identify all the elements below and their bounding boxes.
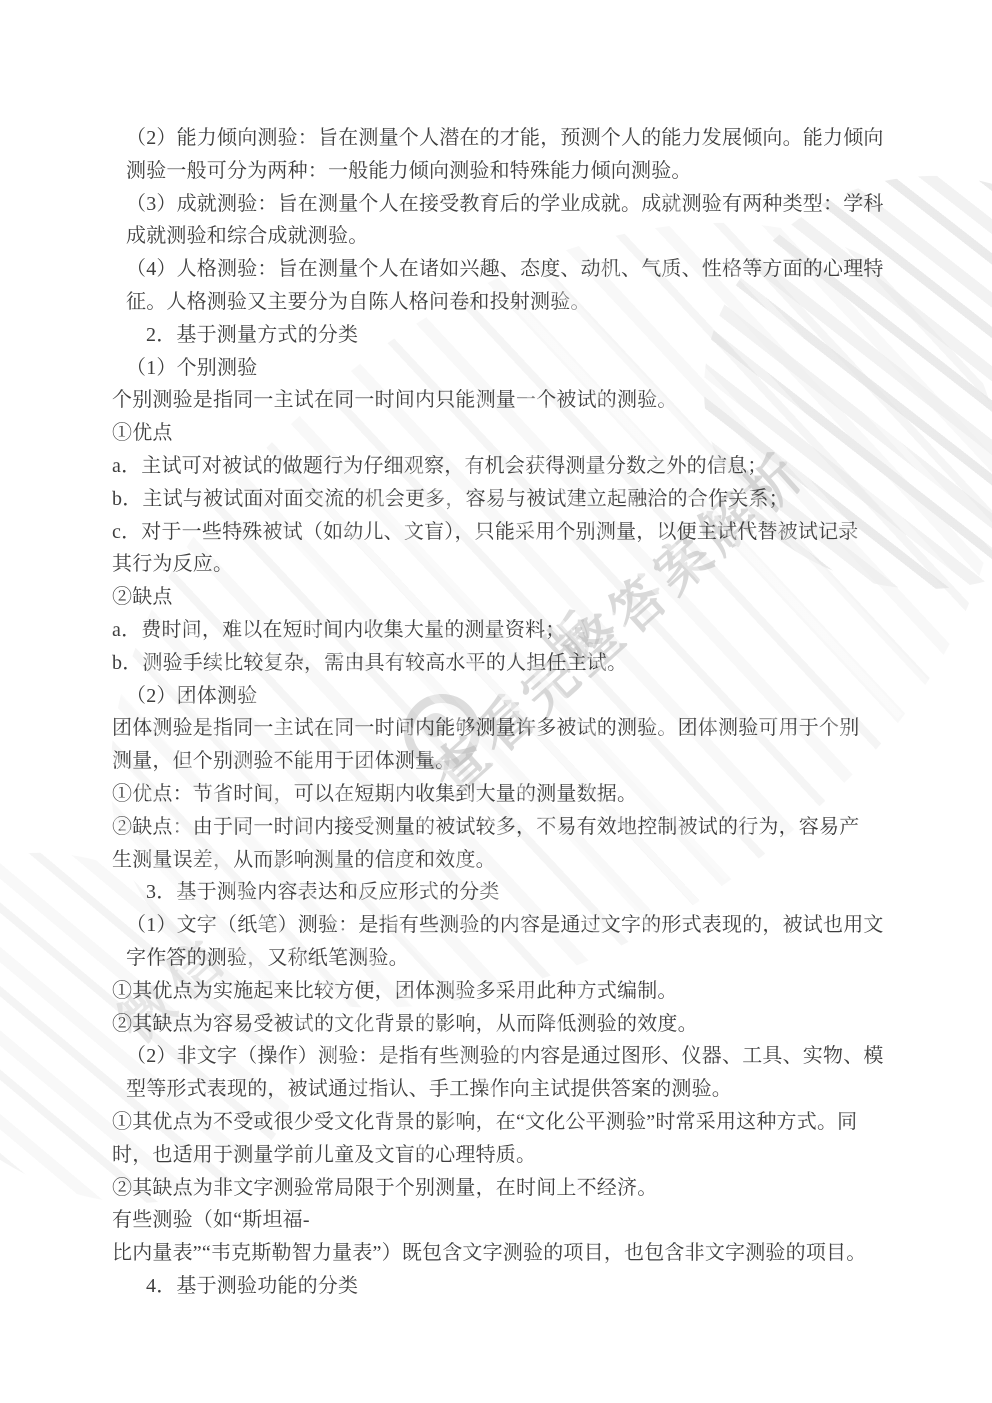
document-line: 测量，但个别测验不能用于团体测量。 [112,745,902,778]
document-line: 2．基于测量方式的分类 [146,319,902,352]
document-line: 型等形式表现的，被试通过指认、手工操作向主试提供答案的测验。 [126,1073,902,1106]
document-line: 测验一般可分为两种：一般能力倾向测验和特殊能力倾向测验。 [126,155,902,188]
document-line: 有些测验（如“斯坦福- [112,1204,902,1237]
document-page: 微信 版 查看完整答案解析 （2）能力倾向测验：旨在测量个人潜在的才能，预测个人… [0,0,992,1403]
document-line: a．主试可对被试的做题行为仔细观察，有机会获得测量分数之外的信息； [112,450,902,483]
document-line: 其行为反应。 [112,548,902,581]
document-line: b．测验手续比较复杂，需由具有较高水平的人担任主试。 [112,647,902,680]
document-text-block: （2）能力倾向测验：旨在测量个人潜在的才能，预测个人的能力发展倾向。能力倾向测验… [112,122,902,1303]
document-line: a．费时间，难以在短时间内收集大量的测量资料； [112,614,902,647]
document-line: ①优点：节省时间，可以在短期内收集到大量的测量数据。 [112,778,902,811]
document-line: 字作答的测验，又称纸笔测验。 [126,942,902,975]
document-line: （2）非文字（操作）测验：是指有些测验的内容是通过图形、仪器、工具、实物、模 [126,1040,902,1073]
document-line: （2）团体测验 [126,680,902,713]
document-line: （4）人格测验：旨在测量个人在诸如兴趣、态度、动机、气质、性格等方面的心理特 [126,253,902,286]
document-line: ①其优点为实施起来比较方便，团体测验多采用此种方式编制。 [112,975,902,1008]
document-line: 4．基于测验功能的分类 [146,1270,902,1303]
document-line: 比内量表”“韦克斯勒智力量表”）既包含文字测验的项目，也包含非文字测验的项目。 [112,1237,902,1270]
document-line: c．对于一些特殊被试（如幼儿、文盲），只能采用个别测量，以便主试代替被试记录 [112,516,902,549]
document-line: （1）文字（纸笔）测验：是指有些测验的内容是通过文字的形式表现的，被试也用文 [126,909,902,942]
document-line: （1）个别测验 [126,352,902,385]
document-line: ②缺点：由于同一时间内接受测量的被试较多，不易有效地控制被试的行为，容易产 [112,811,902,844]
document-line: ②缺点 [112,581,902,614]
document-line: 个别测验是指同一主试在同一时间内只能测量一个被试的测验。 [112,384,902,417]
document-line: ②其缺点为非文字测验常局限于个别测量，在时间上不经济。 [112,1172,902,1205]
document-line: ②其缺点为容易受被试的文化背景的影响，从而降低测验的效度。 [112,1008,902,1041]
document-line: 时，也适用于测量学前儿童及文盲的心理特质。 [112,1139,902,1172]
document-line: ①其优点为不受或很少受文化背景的影响，在“文化公平测验”时常采用这种方式。同 [112,1106,902,1139]
document-line: ①优点 [112,417,902,450]
document-line: 生测量误差，从而影响测量的信度和效度。 [112,844,902,877]
document-line: （2）能力倾向测验：旨在测量个人潜在的才能，预测个人的能力发展倾向。能力倾向 [126,122,902,155]
document-line: 成就测验和综合成就测验。 [126,220,902,253]
document-line: （3）成就测验：旨在测量个人在接受教育后的学业成就。成就测验有两种类型：学科 [126,188,902,221]
document-line: b．主试与被试面对面交流的机会更多，容易与被试建立起融洽的合作关系； [112,483,902,516]
document-line: 团体测验是指同一主试在同一时间内能够测量许多被试的测验。团体测验可用于个别 [112,712,902,745]
document-line: 征。人格测验又主要分为自陈人格问卷和投射测验。 [126,286,902,319]
document-line: 3．基于测验内容表达和反应形式的分类 [146,876,902,909]
